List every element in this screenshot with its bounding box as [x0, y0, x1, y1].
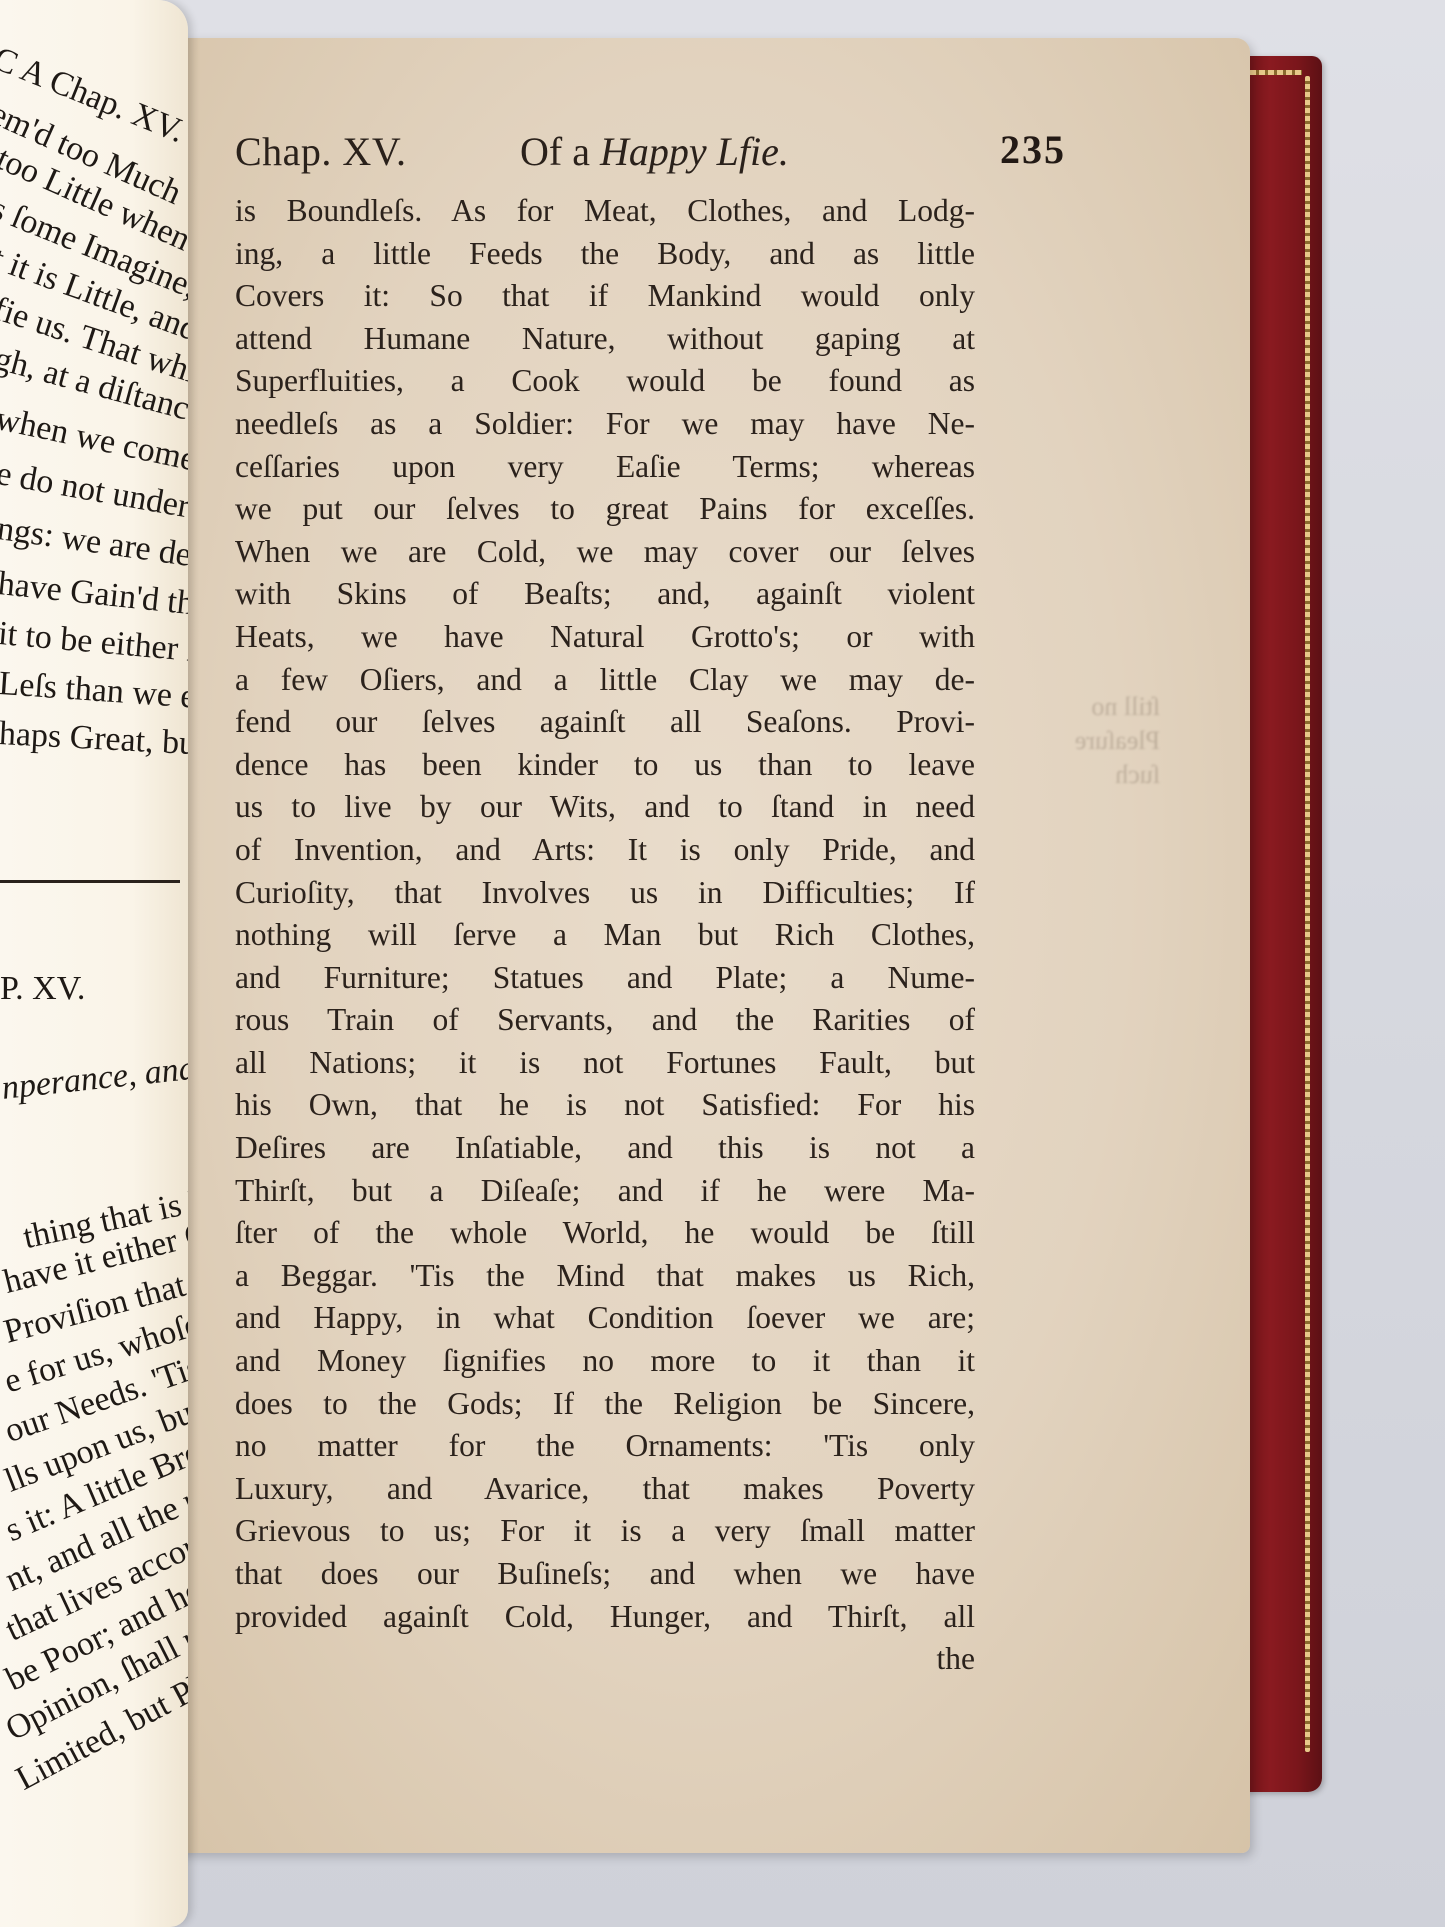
text-line: Curioſity, that Involves us in Difficult…	[235, 872, 975, 915]
left-page-text-fragment: it to be either Ill,	[0, 615, 188, 673]
text-line: Covers it: So that if Mankind would only	[235, 275, 975, 318]
text-line: does to the Gods; If the Religion be Sin…	[235, 1383, 975, 1426]
text-line: attend Humane Nature, without gaping at	[235, 318, 975, 361]
text-line: and Happy, in what Condition ſoever we a…	[235, 1297, 975, 1340]
text-line: dence has been kinder to us than to leav…	[235, 744, 975, 787]
gilt-tooling-top	[1250, 70, 1302, 75]
text-line: ſter of the whole World, he would be ſti…	[235, 1212, 975, 1255]
text-line: fend our ſelves againſt all Seaſons. Pro…	[235, 701, 975, 744]
left-page-text-fragment: P. XV.	[0, 970, 85, 1008]
text-line: of Invention, and Arts: It is only Pride…	[235, 829, 975, 872]
text-line: Grievous to us; For it is a very ſmall m…	[235, 1510, 975, 1553]
text-line: a Beggar. 'Tis the Mind that makes us Ri…	[235, 1255, 975, 1298]
text-line: nothing will ſerve a Man but Rich Clothe…	[235, 914, 975, 957]
text-line: Thirſt, but a Diſeaſe; and if he were Ma…	[235, 1170, 975, 1213]
text-line: needleſs as a Soldier: For we may have N…	[235, 403, 975, 446]
text-line: and Money ſignifies no more to it than i…	[235, 1340, 975, 1383]
text-line: with Skins of Beaſts; and, againſt viole…	[235, 573, 975, 616]
text-line: When we are Cold, we may cover our ſelve…	[235, 531, 975, 574]
text-line: no matter for the Ornaments: 'Tis only	[235, 1425, 975, 1468]
bleed-line: ſtill no	[1000, 690, 1160, 724]
text-line: Heats, we have Natural Grotto's; or with	[235, 616, 975, 659]
text-line: his Own, that he is not Satisfied: For h…	[235, 1084, 975, 1127]
bleed-line: Pleaſure	[1000, 724, 1160, 758]
text-line: a few Oſiers, and a little Clay we may d…	[235, 659, 975, 702]
text-line: all Nations; it is not Fortunes Fault, b…	[235, 1042, 975, 1085]
red-leather-binding	[1242, 56, 1322, 1792]
gilt-tooling-edge	[1305, 76, 1310, 1752]
text-line: is Boundleſs. As for Meat, Clothes, and …	[235, 190, 975, 233]
running-head: Chap. XV. Of a Happy Lfie. 235	[235, 128, 1075, 188]
text-line: Superfluities, a Cook would be found as	[235, 360, 975, 403]
text-line: Luxury, and Avarice, that makes Poverty	[235, 1468, 975, 1511]
chapter-title: Of a Happy Lfie.	[520, 128, 789, 175]
chapter-label: Chap. XV.	[235, 128, 407, 175]
page-number: 235	[1000, 126, 1066, 173]
left-page-text-fragment: Leſs than we expect	[0, 665, 188, 722]
book-photo-scene: Chap. XV. Of a Happy Lfie. 235 is Boundl…	[0, 0, 1445, 1927]
text-line: and Furniture; Statues and Plate; a Nume…	[235, 957, 975, 1000]
left-page-curled: C A Chap. XV.em'd too Much whentoo Littl…	[0, 0, 188, 1927]
text-line: we put our ſelves to great Pains for exc…	[235, 488, 975, 531]
text-line: that does our Buſineſs; and when we have	[235, 1553, 975, 1596]
left-page-text-fragment: haps Great, but	[0, 715, 188, 764]
text-line: us to live by our Wits, and to ſtand in …	[235, 786, 975, 829]
text-line: ing, a little Feeds the Body, and as lit…	[235, 233, 975, 276]
page-body-text: is Boundleſs. As for Meat, Clothes, and …	[235, 190, 975, 1681]
chapter-divider-rule	[0, 880, 180, 883]
catchword: the	[235, 1638, 975, 1681]
text-line: rous Train of Servants, and the Rarities…	[235, 999, 975, 1042]
text-line: provided againſt Cold, Hunger, and Thirſ…	[235, 1596, 975, 1639]
left-page-text-fragment: nperance, and Mode	[0, 1041, 188, 1108]
text-line: Deſires are Inſatiable, and this is not …	[235, 1127, 975, 1170]
bleed-through-text: ſtill noPleaſureſuch	[1000, 690, 1160, 792]
text-line: ceſſaries upon very Eaſie Terms; whereas	[235, 446, 975, 489]
bleed-line: ſuch	[1000, 758, 1160, 792]
